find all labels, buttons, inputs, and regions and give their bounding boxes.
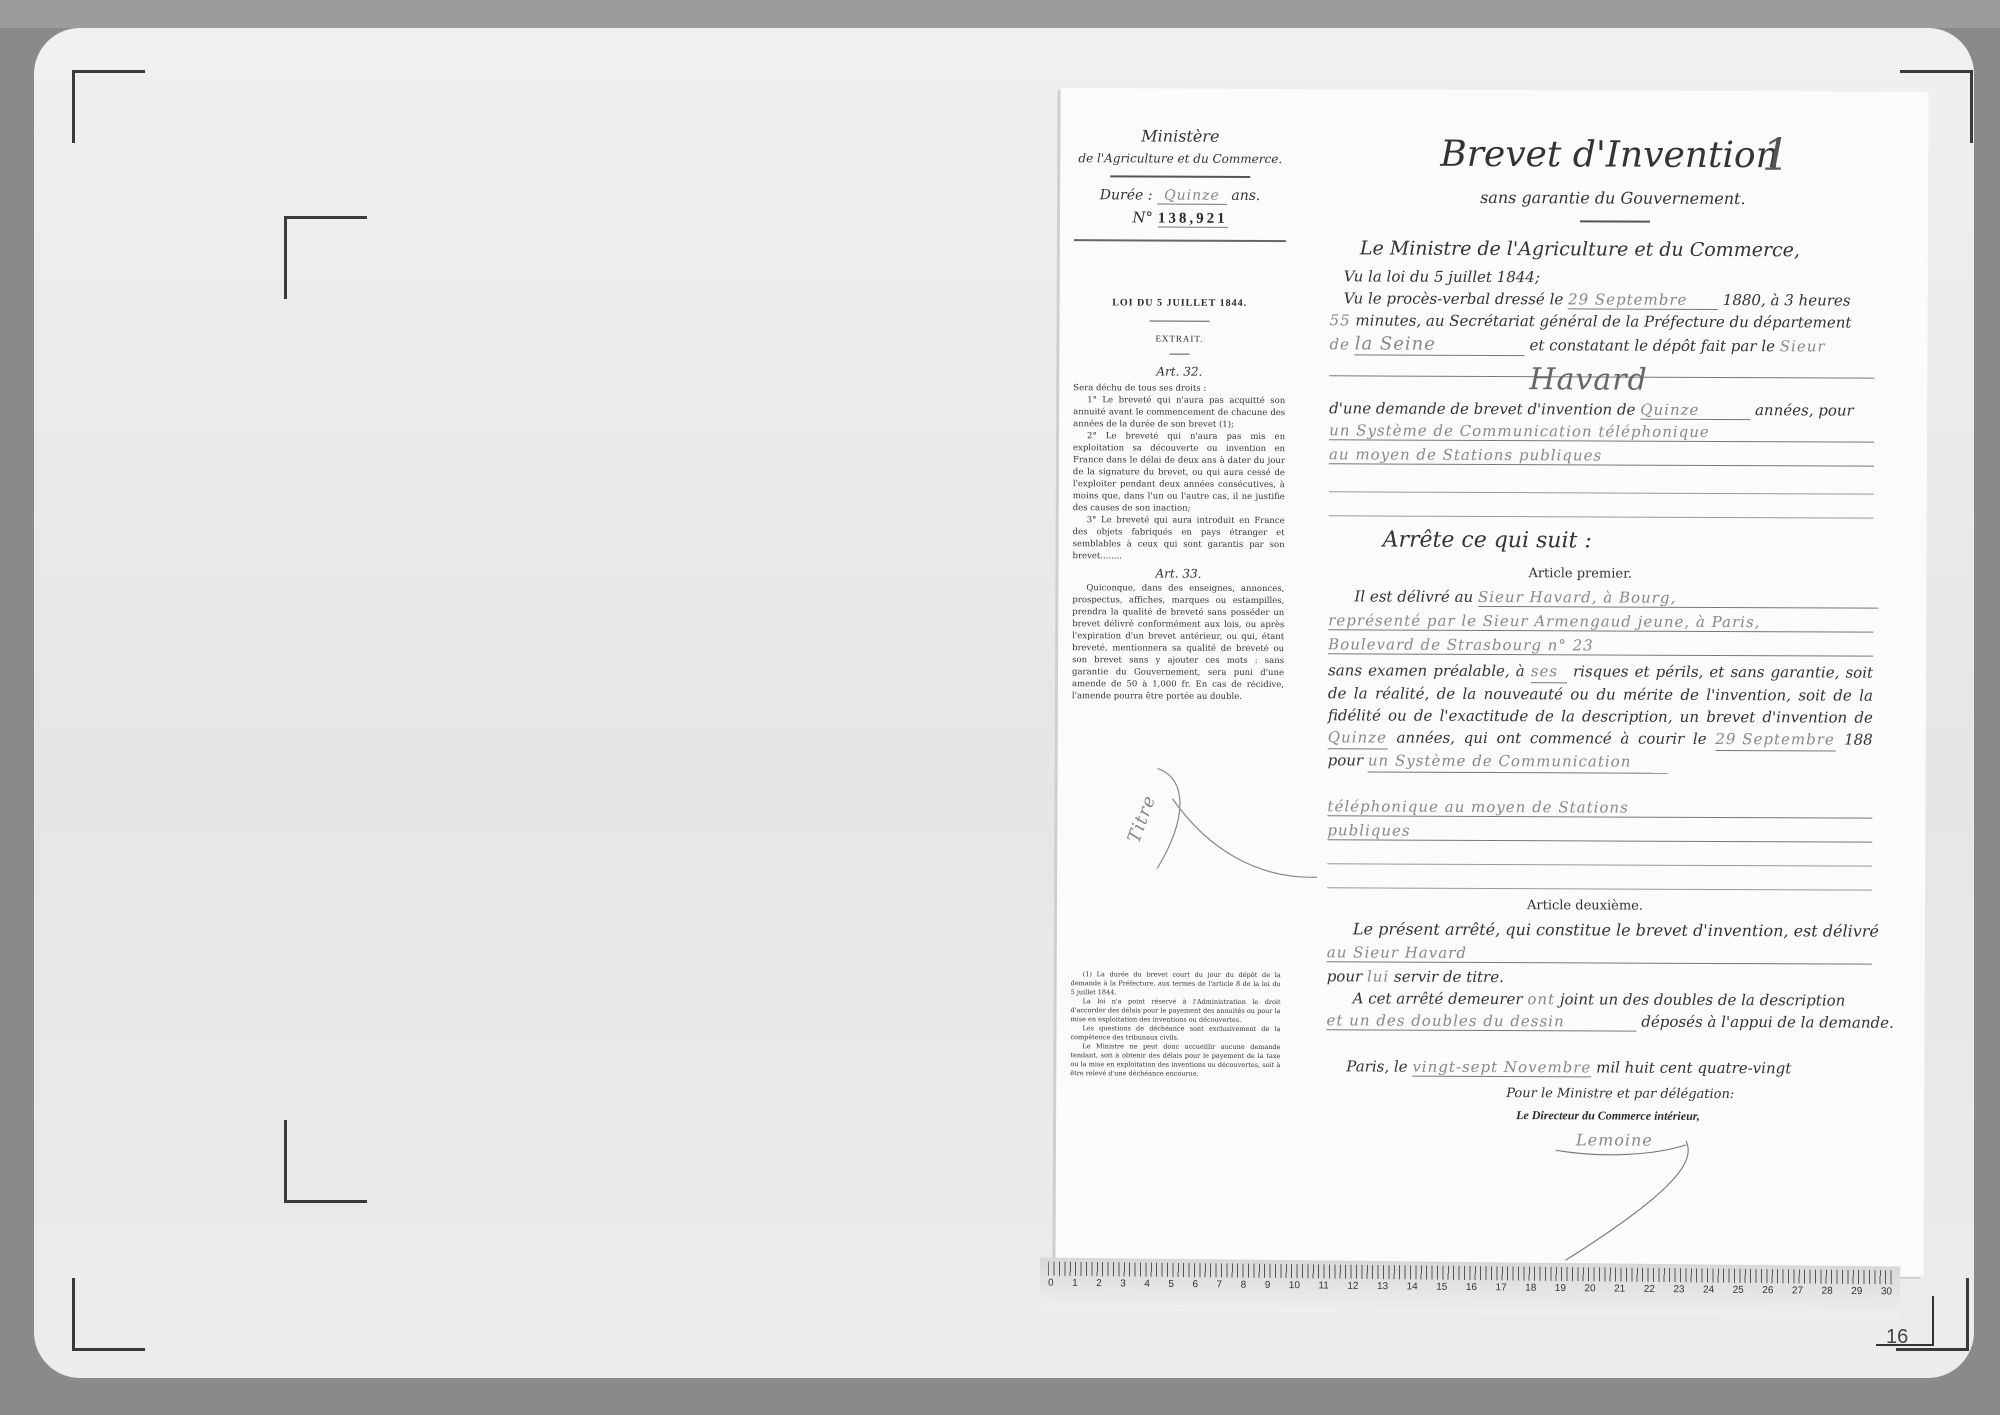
ruler-label: 9 <box>1265 1280 1271 1291</box>
director-line: Le Directeur du Commerce intérieur, <box>1516 1108 1700 1124</box>
art2-serve-suffix: servir de titre. <box>1394 968 1504 986</box>
ruler-label: 25 <box>1733 1285 1744 1296</box>
decree-heading: Arrête ce qui suit : <box>1383 528 1592 554</box>
signature-flourish <box>1545 1130 1726 1271</box>
crop-mark-top-left <box>72 70 145 143</box>
ruler-label: 0 <box>1048 1278 1054 1289</box>
ministry-subtitle: de l'Agriculture et du Commerce. <box>1060 151 1300 166</box>
applicant-name: Havard <box>1529 362 1648 398</box>
ruler-label: 23 <box>1673 1284 1684 1295</box>
ministry-title: Ministère <box>1060 126 1300 146</box>
depot-text: et constatant le dépôt fait par le <box>1529 336 1775 355</box>
ruler-label: 14 <box>1407 1281 1418 1292</box>
ruler-label: 19 <box>1555 1283 1566 1294</box>
art33-body: Quiconque, dans des enseignes, annonces,… <box>1058 580 1299 703</box>
ruler-label: 12 <box>1347 1281 1358 1292</box>
art32-paragraph: 3° Le breveté qui aura introduit en Fran… <box>1073 514 1285 563</box>
ruler-label: 18 <box>1525 1283 1536 1294</box>
art1-text: sans examen préalable, à <box>1328 661 1525 680</box>
document-subtitle: sans garantie du Gouvernement. <box>1480 188 1746 208</box>
art32-paragraph: 1° Le breveté qui n'aura pas acquitté so… <box>1073 394 1285 431</box>
rule-line <box>1329 515 1874 518</box>
art1-for: pour <box>1328 751 1364 769</box>
art32-body: Sera déchu de tous ses droits : 1° Le br… <box>1059 378 1300 563</box>
patent-number-line: N° 138,921 <box>1060 208 1300 228</box>
duration-unit: ans. <box>1231 188 1260 204</box>
ruler-label: 16 <box>1466 1282 1477 1293</box>
measurement-ruler: 0123456789101112131415161718192021222324… <box>1040 1257 1900 1318</box>
ruler-label: 17 <box>1495 1282 1506 1293</box>
art1-address: Boulevard de Strasbourg n° 23 <box>1328 635 1873 656</box>
art2-drawings: et un des doubles du dessin <box>1326 1011 1636 1031</box>
art2-joined-hand: ont <box>1527 990 1555 1008</box>
art2-joined-suffix: un des doubles de la description <box>1599 990 1846 1009</box>
pv-mid: minutes, au Secrétariat général de la Pr… <box>1355 311 1851 331</box>
divider <box>1150 321 1210 322</box>
patent-document: Ministère de l'Agriculture et du Commerc… <box>1055 88 1928 1277</box>
ruler-label: 1 <box>1072 1278 1078 1289</box>
ruler-label: 29 <box>1851 1286 1862 1297</box>
crop-mark-inner-bottom-left <box>284 1120 367 1203</box>
section-divider <box>1074 239 1286 242</box>
ruler-label: 24 <box>1703 1284 1714 1295</box>
law-heading: LOI DU 5 JUILLET 1844. <box>1060 297 1300 309</box>
art1-years: Quinze <box>1328 726 1388 749</box>
divider <box>1169 354 1189 355</box>
crop-mark-bottom-left <box>72 1278 145 1351</box>
footnote: La loi n'a point réservé à l'Administrat… <box>1071 997 1281 1025</box>
date-suffix: mil huit cent quatre-vingt <box>1596 1058 1791 1077</box>
pv-prefix: Vu le procès-verbal dressé le <box>1344 289 1564 308</box>
ruler-label: 28 <box>1822 1286 1833 1297</box>
date-hand: vingt-sept Novembre <box>1412 1058 1591 1078</box>
footnote: Le Ministre ne peut donc accueillir aucu… <box>1070 1042 1280 1079</box>
art2-joined-mid: joint <box>1560 990 1594 1008</box>
ruler-label: 3 <box>1120 1278 1126 1289</box>
folio-number: 16 <box>1886 1326 1908 1349</box>
art1-text: années, qui ont commencé à courir le <box>1396 729 1706 748</box>
ruler-label: 13 <box>1377 1281 1388 1292</box>
demand-suffix: années, pour <box>1755 401 1854 419</box>
art1-prefix: Il est délivré au <box>1354 587 1473 606</box>
article2-joined-line: A cet arrêté demeurer ont joint un des d… <box>1353 989 1846 1009</box>
art32-heading: Art. 32. <box>1059 364 1299 379</box>
article1-delivered-line: Il est délivré au Sieur Havard, à Bourg, <box>1354 587 1878 608</box>
ruler-label: 15 <box>1436 1282 1447 1293</box>
ruler-label: 21 <box>1614 1284 1625 1295</box>
art2-serve-prefix: pour <box>1327 967 1363 985</box>
ruler-label: 26 <box>1762 1285 1773 1296</box>
extract-label: EXTRAIT. <box>1059 333 1299 344</box>
footnote: Les questions de déchéance sont exclusiv… <box>1070 1024 1280 1043</box>
demand-line: d'une demande de brevet d'invention de Q… <box>1329 399 1854 420</box>
scan-top-edge <box>0 0 2000 28</box>
rule-line <box>1327 887 1872 890</box>
art33-heading: Art. 33. <box>1058 566 1298 581</box>
number-label: N° <box>1132 208 1153 226</box>
sheet-number: 1 <box>1762 130 1790 181</box>
demand-prefix: d'une demande de brevet d'invention de <box>1329 399 1635 418</box>
ruler-label: 20 <box>1584 1283 1595 1294</box>
article1-heading: Article premier. <box>1528 566 1632 581</box>
art1-year: 188 <box>1844 731 1873 749</box>
ruler-label: 6 <box>1192 1279 1198 1290</box>
ornament-divider <box>1580 220 1650 222</box>
article2-drawings-line: et un des doubles du dessin déposés à l'… <box>1326 1011 1893 1032</box>
depot-by: Sieur <box>1780 337 1826 355</box>
ruler-label: 2 <box>1096 1278 1102 1289</box>
rule-line <box>1329 491 1874 494</box>
pv-minutes: 55 <box>1330 311 1351 329</box>
ruler-label: 22 <box>1644 1284 1655 1295</box>
date-prefix: Paris, le <box>1346 1057 1407 1075</box>
document-title: Brevet d'Invention <box>1440 134 1779 176</box>
art1-risk: ses <box>1531 660 1567 683</box>
article2-text: Le présent arrêté, qui constitue le brev… <box>1353 919 1879 940</box>
art1-representative: représenté par le Sieur Armengaud jeune,… <box>1328 611 1873 632</box>
demand-years: Quinze <box>1640 401 1750 420</box>
patent-number: 138,921 <box>1158 211 1228 228</box>
art1-invention-3: publiques <box>1327 821 1872 842</box>
invention-title-2: au moyen de Stations publiques <box>1329 445 1874 466</box>
department-value: la Seine <box>1355 333 1525 356</box>
art2-serve-hand: lui <box>1367 967 1389 985</box>
proces-verbal-line: Vu le procès-verbal dressé le 29 Septemb… <box>1344 289 1851 310</box>
ruler-label: 8 <box>1241 1280 1247 1291</box>
ruler-label: 27 <box>1792 1285 1803 1296</box>
art1-holder: Sieur Havard, à Bourg, <box>1478 588 1878 609</box>
article2-heading: Article deuxième. <box>1527 898 1643 914</box>
pv-date: 29 Septembre <box>1568 290 1718 310</box>
ruler-label: 11 <box>1318 1280 1329 1291</box>
art1-invention: un Système de Communication <box>1368 749 1668 773</box>
footnotes: (1) La durée du brevet court du jour du … <box>1070 970 1280 1079</box>
ornament-divider <box>1110 175 1250 178</box>
department-line: de la Seine et constatant le dépôt fait … <box>1329 333 1825 357</box>
invention-title-1: un Système de Communication téléphonique <box>1329 421 1874 442</box>
art1-invention-2: téléphonique au moyen de Stations <box>1327 797 1872 818</box>
ruler-label: 7 <box>1217 1279 1223 1290</box>
signature-flourish <box>1117 758 1318 899</box>
art2-deposited: déposés à l'appui de la demande. <box>1641 1013 1894 1032</box>
article2-serve-line: pour lui servir de titre. <box>1327 967 1504 986</box>
signing-date-line: Paris, le vingt-sept Novembre mil huit c… <box>1346 1057 1791 1078</box>
ruler-label: 5 <box>1168 1279 1174 1290</box>
art1-start-date: 29 Septembre <box>1715 728 1835 752</box>
minutes-line: 55 minutes, au Secrétariat général de la… <box>1330 311 1852 331</box>
art32-paragraph: 2° Le breveté qui n'aura pas mis en expl… <box>1073 430 1285 515</box>
art32-paragraph: Sera déchu de tous ses droits : <box>1073 382 1285 395</box>
duration-line: Durée : Quinze ans. <box>1060 187 1300 205</box>
article2-holder: au Sieur Havard <box>1327 943 1872 964</box>
rule-line <box>1327 863 1872 866</box>
art2-joined-prefix: A cet arrêté demeurer <box>1353 989 1523 1008</box>
law-line: Vu la loi du 5 juillet 1844; <box>1344 267 1540 286</box>
footnote: (1) La durée du brevet court du jour du … <box>1071 970 1281 998</box>
pv-year: 1880, à 3 heures <box>1723 291 1851 310</box>
duration-label: Durée : <box>1100 187 1153 203</box>
dept-prefix: de <box>1329 335 1350 353</box>
ruler-label: 10 <box>1289 1280 1300 1291</box>
left-column: Ministère de l'Agriculture et du Commerc… <box>1058 88 1301 703</box>
minister-line: Le Ministre de l'Agriculture et du Comme… <box>1360 237 1800 261</box>
crop-mark-inner-top-left <box>284 216 367 299</box>
ruler-label: 4 <box>1144 1279 1150 1290</box>
delegation-line: Pour le Ministre et par délégation: <box>1506 1086 1734 1102</box>
duration-value: Quinze <box>1157 188 1227 205</box>
article1-body: sans examen préalable, à ses risques et … <box>1328 659 1873 774</box>
